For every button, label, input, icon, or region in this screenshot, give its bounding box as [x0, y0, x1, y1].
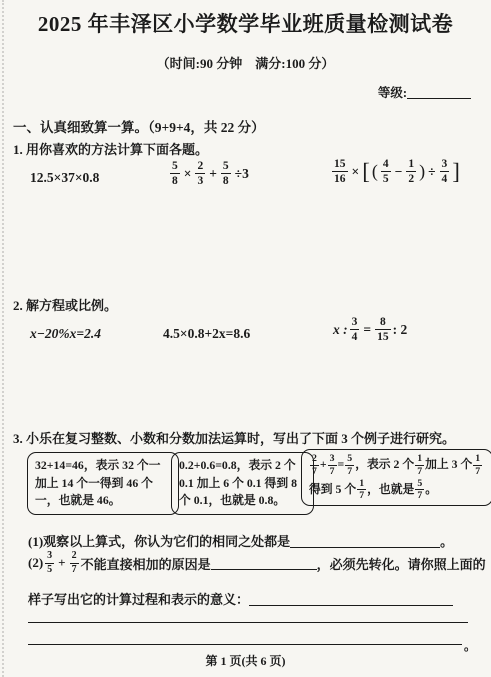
math-op: ÷3 [235, 166, 249, 182]
right-paren: ) [419, 161, 425, 182]
fraction: 35 [45, 551, 54, 575]
exam-page: { "page": { "title": "2025 年丰泽区小学数学毕业班质量… [0, 0, 491, 677]
subquestion-2-continued: 样子写出它的计算过程和表示的意义： [28, 589, 453, 608]
math-text: : 2 [393, 322, 408, 338]
numerator: 3 [45, 551, 54, 563]
denominator: 8 [170, 173, 180, 187]
answer-blank [211, 557, 317, 570]
section-1-heading: 一、认真细致算一算。（9+9+4，共 22 分） [13, 116, 265, 136]
math-op: × [352, 164, 360, 180]
denominator: 7 [415, 465, 424, 477]
question-1-label: 1. 用你喜欢的方法计算下面各题。 [13, 139, 208, 158]
page-footer: 第 1 页(共 6 页) [0, 652, 491, 669]
numerator: 8 [378, 316, 388, 329]
example-box-2: 0.2+0.6=0.8，表示 2 个 0.1 加上 6 个 0.1 得到 8 个… [171, 452, 314, 515]
fraction: 58 [170, 160, 180, 187]
denominator: 7 [415, 489, 424, 501]
numerator: 5 [345, 454, 354, 465]
example-text: ，表示 2 个 [355, 457, 414, 471]
numerator: 2 [70, 551, 79, 563]
calc-problem-2: 58 × 23 + 58 ÷3 [168, 160, 251, 187]
math-op: + [58, 555, 65, 571]
fraction: 1516 [332, 158, 348, 185]
fraction: 57 [345, 454, 354, 477]
subquestion-1-text: (1)观察以上算式，你认为它们的相同之处都是 [28, 534, 290, 549]
fraction: 17 [415, 454, 424, 477]
math-op: + [209, 166, 217, 182]
fraction: 17 [473, 454, 482, 477]
equation-2: 4.5×0.8+2x=8.6 [163, 326, 250, 342]
question-3-label: 3. 小乐在复习整数、小数和分数加法运算时，写出了下面 3 个例子进行研究。 [13, 428, 455, 447]
answer-blank [249, 593, 453, 606]
question-2-label: 2. 解方程或比例。 [13, 295, 117, 314]
fraction: 23 [195, 160, 205, 187]
denominator: 7 [357, 489, 366, 501]
example-text: 。 [425, 482, 437, 496]
math-op: − [395, 164, 403, 180]
numerator: 5 [415, 479, 424, 490]
grade-field: 等级: [378, 83, 471, 101]
denominator: 7 [70, 563, 79, 576]
math-op: ÷ [428, 164, 435, 180]
left-paren: ( [372, 161, 378, 182]
calc-problem-3: 1516 × [ ( 45 − 12 ) ÷ 34 ] [330, 158, 461, 185]
subquestion-2-line2-text: 样子写出它的计算过程和表示的意义： [28, 592, 249, 607]
denominator: 7 [310, 465, 319, 477]
denominator: 2 [406, 171, 416, 185]
numerator: 1 [415, 454, 424, 465]
numerator: 5 [221, 160, 231, 173]
example-text: 加上 3 个 [425, 457, 472, 471]
denominator: 4 [440, 171, 450, 185]
math-text: x : [333, 322, 348, 338]
denominator: 16 [332, 171, 348, 185]
denominator: 3 [195, 173, 205, 187]
equation-1: x−20%x=2.4 [30, 326, 101, 342]
numerator: 3 [440, 158, 450, 171]
denominator: 7 [473, 465, 482, 477]
subquestion-1-period: 。 [440, 534, 453, 549]
denominator: 5 [381, 171, 391, 185]
subquestion-2-text-after: ，必须先转化。请你照上面的 [317, 554, 486, 573]
exam-info: （时间:90 分钟 满分:100 分） [0, 53, 491, 72]
fraction: 58 [221, 160, 231, 187]
example-box-1: 32+14=46，表示 32 个一加上 14 个一得到 46 个一，也就是 46… [27, 452, 179, 515]
fraction: 815 [375, 316, 391, 343]
fraction: 12 [406, 158, 416, 185]
subquestion-2-text: 不能直接相加的原因是 [81, 554, 211, 573]
subquestion-1: (1)观察以上算式，你认为它们的相同之处都是。 [28, 531, 453, 550]
denominator: 15 [375, 329, 391, 343]
math-op: = [338, 457, 345, 471]
numerator: 3 [328, 454, 337, 465]
math-op: × [184, 166, 192, 182]
math-op: = [363, 322, 371, 338]
denominator: 5 [45, 563, 54, 576]
numerator: 1 [406, 158, 416, 171]
fraction: 34 [350, 316, 360, 343]
grade-blank-line [407, 86, 471, 99]
denominator: 8 [221, 173, 231, 187]
proportion-equation: x : 34 = 815 : 2 [333, 316, 407, 343]
fraction: 27 [310, 454, 319, 477]
fraction: 34 [440, 158, 450, 185]
right-bracket: ] [452, 159, 460, 185]
answer-line [28, 622, 468, 623]
page-title: 2025 年丰泽区小学数学毕业班质量检测试卷 [0, 8, 491, 38]
fraction: 37 [328, 454, 337, 477]
fraction: 45 [381, 158, 391, 185]
numerator: 4 [381, 158, 391, 171]
numerator: 1 [473, 454, 482, 465]
answer-blank [290, 535, 440, 548]
numerator: 2 [195, 160, 205, 173]
answer-line [28, 644, 462, 645]
numerator: 5 [170, 160, 180, 173]
subquestion-2-number: (2) [28, 555, 43, 571]
left-bracket: [ [362, 159, 370, 185]
numerator: 3 [350, 316, 360, 329]
example-text: 得到 5 个 [309, 482, 356, 496]
denominator: 4 [350, 329, 360, 343]
calc-problem-1: 12.5×37×0.8 [30, 170, 99, 186]
denominator: 7 [345, 465, 354, 477]
fraction: 27 [70, 551, 79, 575]
grade-label: 等级: [378, 86, 407, 100]
numerator: 1 [357, 479, 366, 490]
example-text: ，也就是 [367, 482, 414, 496]
math-op: + [320, 457, 327, 471]
scan-edge-artifact [2, 0, 4, 677]
denominator: 7 [328, 465, 337, 477]
fraction: 57 [415, 479, 424, 502]
fraction: 17 [357, 479, 366, 502]
numerator: 2 [310, 454, 319, 465]
numerator: 15 [332, 158, 348, 171]
example-box-3: 27+37=57，表示 2 个17加上 3 个17得到 5 个17，也就是57。 [301, 449, 491, 506]
subquestion-2: (2) 35 + 27 不能直接相加的原因是，必须先转化。请你照上面的 [28, 551, 486, 575]
